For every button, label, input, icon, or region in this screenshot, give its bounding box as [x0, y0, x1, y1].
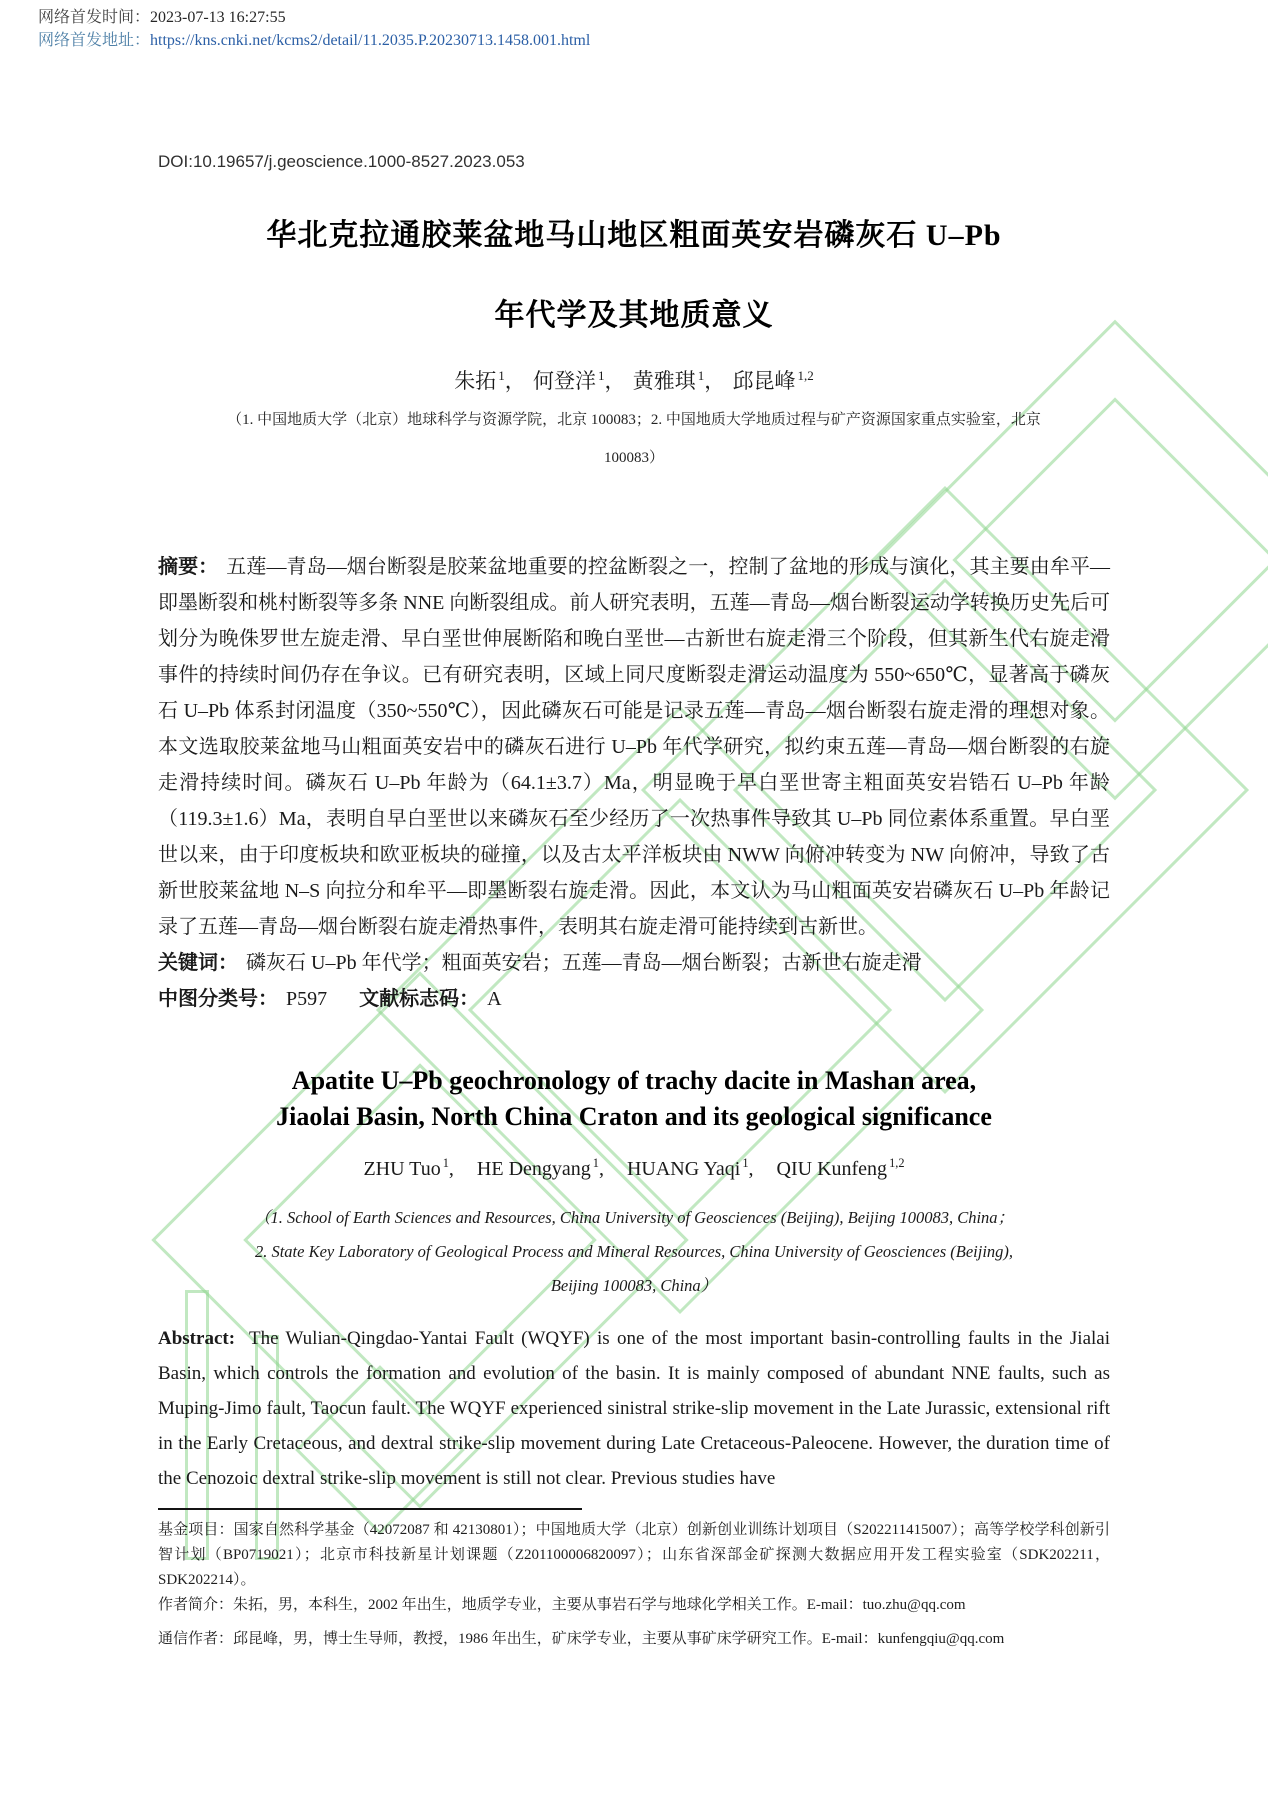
- author-separator: ,: [599, 1158, 604, 1180]
- title-zh: 华北克拉通胶莱盆地马山地区粗面英安岩磷灰石 U–Pb 年代学及其地质意义: [158, 196, 1110, 356]
- authors-en: ZHU Tuo1, HE Dengyang1, HUANG Yaqi1, QIU…: [158, 1147, 1110, 1185]
- clc-line: 中图分类号：P597文献标志码：A: [158, 981, 1110, 1017]
- publish-time-line: 网络首发时间：2023-07-13 16:27:55: [38, 6, 590, 29]
- abstract-zh-text: 五莲—青岛—烟台断裂是胶莱盆地重要的控盆断裂之一，控制了盆地的形成与演化，其主要…: [158, 556, 1110, 938]
- author-affil-sup: 1,2: [798, 368, 814, 383]
- footnote-rule: [158, 1508, 582, 1510]
- affiliation-en: （1. School of Earth Sciences and Resourc…: [158, 1201, 1110, 1303]
- publish-url-line: 网络首发地址：https://kns.cnki.net/kcms2/detail…: [38, 29, 590, 52]
- author-affil-sup: 1: [443, 1156, 449, 1170]
- affiliation-zh-line2: 100083）: [158, 439, 1110, 477]
- abstract-en: Abstract:The Wulian-Qingdao-Yantai Fault…: [158, 1321, 1110, 1496]
- author-name: ZHU Tuo: [363, 1158, 440, 1180]
- abstract-zh-label: 摘要：: [158, 556, 218, 578]
- author-bio-note: 作者简介：朱拓，男，本科生，2002 年出生，地质学专业，主要从事岩石学与地球化…: [158, 1593, 1110, 1618]
- online-first-header: 网络首发时间：2023-07-13 16:27:55 网络首发地址：https:…: [38, 6, 590, 52]
- title-en-line2: Jiaolai Basin, North China Craton and it…: [158, 1099, 1110, 1135]
- author-en: HE Dengyang1,: [477, 1158, 622, 1180]
- abstract-zh: 摘要：五莲—青岛—烟台断裂是胶莱盆地重要的控盆断裂之一，控制了盆地的形成与演化，…: [158, 549, 1110, 945]
- title-en-line1: Apatite U–Pb geochronology of trachy dac…: [158, 1063, 1110, 1099]
- affiliation-zh-line1: （1. 中国地质大学（北京）地球科学与资源学院，北京 100083；2. 中国地…: [158, 401, 1110, 439]
- title-zh-line2: 年代学及其地质意义: [158, 276, 1110, 356]
- publish-url-link[interactable]: https://kns.cnki.net/kcms2/detail/11.203…: [150, 32, 590, 49]
- author-name: 邱昆峰: [733, 369, 796, 393]
- doc-code-value: A: [487, 988, 501, 1010]
- funding-note: 基金项目：国家自然科学基金（42072087 和 42130801）；中国地质大…: [158, 1518, 1110, 1593]
- author-separator: ，: [505, 369, 526, 393]
- author-name: 朱拓: [454, 369, 496, 393]
- author-zh: 邱昆峰1,2: [733, 369, 814, 393]
- author-affil-sup: 1: [498, 368, 505, 383]
- authors-zh: 朱拓1， 何登洋1， 黄雅琪1， 邱昆峰1,2: [158, 358, 1110, 399]
- affiliation-en-line1: （1. School of Earth Sciences and Resourc…: [158, 1201, 1110, 1235]
- keywords-zh: 关键词：磷灰石 U–Pb 年代学；粗面英安岩；五莲—青岛—烟台断裂；古新世右旋走…: [158, 945, 1110, 981]
- publish-time-label: 网络首发时间：: [38, 9, 150, 26]
- keywords-label: 关键词：: [158, 952, 238, 974]
- author-zh: 朱拓1，: [454, 369, 528, 393]
- clc-label: 中图分类号：: [158, 988, 278, 1010]
- author-name: 黄雅琪: [633, 369, 696, 393]
- affiliation-zh: （1. 中国地质大学（北京）地球科学与资源学院，北京 100083；2. 中国地…: [158, 401, 1110, 477]
- publish-url-label: 网络首发地址：: [38, 32, 150, 49]
- author-zh: 何登洋1，: [533, 369, 628, 393]
- author-separator: ，: [604, 369, 625, 393]
- author-name: QIU Kunfeng: [777, 1158, 888, 1180]
- author-en: QIU Kunfeng1,2: [777, 1158, 905, 1180]
- author-en: ZHU Tuo1,: [363, 1158, 471, 1180]
- affiliation-en-line2: 2. State Key Laboratory of Geological Pr…: [158, 1235, 1110, 1269]
- author-separator: ,: [449, 1158, 454, 1180]
- author-affil-sup: 1: [742, 1156, 748, 1170]
- corresponding-author-note: 通信作者：邱昆峰，男，博士生导师，教授，1986 年出生，矿床学专业，主要从事矿…: [158, 1627, 1110, 1652]
- author-name: HUANG Yaqi: [627, 1158, 740, 1180]
- author-separator: ，: [704, 369, 725, 393]
- author-en: HUANG Yaqi1,: [627, 1158, 772, 1180]
- author-name: 何登洋: [533, 369, 596, 393]
- document-page: 网络首发时间：2023-07-13 16:27:55 网络首发地址：https:…: [0, 0, 1268, 1793]
- abstract-en-label: Abstract:: [158, 1328, 235, 1349]
- publish-time-value: 2023-07-13 16:27:55: [150, 9, 286, 26]
- doi: DOI:10.19657/j.geoscience.1000-8527.2023…: [158, 150, 1110, 174]
- doc-code-label: 文献标志码：: [359, 988, 479, 1010]
- clc-value: P597: [286, 988, 327, 1010]
- author-separator: ,: [749, 1158, 754, 1180]
- affiliation-en-line3: Beijing 100083, China）: [158, 1269, 1110, 1303]
- title-zh-line1: 华北克拉通胶莱盆地马山地区粗面英安岩磷灰石 U–Pb: [158, 196, 1110, 276]
- title-en: Apatite U–Pb geochronology of trachy dac…: [158, 1063, 1110, 1135]
- author-name: HE Dengyang: [477, 1158, 591, 1180]
- author-affil-sup: 1,2: [889, 1156, 905, 1170]
- article-body: DOI:10.19657/j.geoscience.1000-8527.2023…: [158, 0, 1110, 1652]
- abstract-en-text: The Wulian-Qingdao-Yantai Fault (WQYF) i…: [158, 1328, 1110, 1489]
- keywords-text: 磷灰石 U–Pb 年代学；粗面英安岩；五莲—青岛—烟台断裂；古新世右旋走滑: [246, 952, 922, 974]
- footnote: 基金项目：国家自然科学基金（42072087 和 42130801）；中国地质大…: [158, 1508, 1110, 1652]
- author-zh: 黄雅琪1，: [633, 369, 728, 393]
